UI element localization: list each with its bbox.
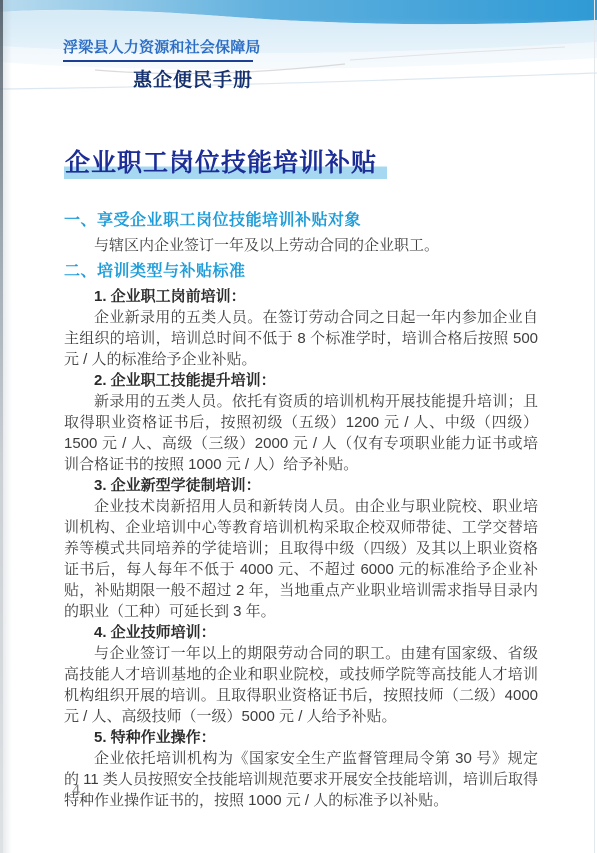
item-5-title: 5. 特种作业操作： — [64, 727, 538, 748]
page-left-edge-fade — [3, 0, 12, 853]
page-left-edge — [0, 0, 3, 853]
item-5-paragraph: 企业依托培训机构为《国家安全生产监督管理局令第 30 号》规定的 11 类人员按… — [64, 748, 538, 811]
page-title: 企业职工岗位技能培训补贴 — [64, 146, 538, 180]
item-1-title: 1. 企业职工岗前培训： — [64, 286, 538, 307]
section-2-heading: 二、培训类型与补贴标准 — [64, 261, 538, 283]
org-name: 浮梁县人力资源和社会保障局 — [63, 36, 253, 60]
item-1-paragraph: 企业新录用的五类人员。在签订劳动合同之日起一年内参加企业自主组织的培训，培训总时… — [64, 307, 538, 370]
item-4-paragraph: 与企业签订一年以上的期限劳动合同的职工。由建有国家级、省级高技能人才培训基地的企… — [64, 643, 538, 727]
section-1-paragraph: 与辖区内企业签订一年及以上劳动合同的企业职工。 — [64, 235, 538, 256]
item-3-title: 3. 企业新型学徒制培训： — [64, 475, 538, 496]
page-right-edge — [594, 0, 595, 853]
item-2-title: 2. 企业职工技能提升培训： — [64, 370, 538, 391]
item-4-title: 4. 企业技师培训： — [64, 622, 538, 643]
page-title-text: 企业职工岗位技能培训补贴 — [64, 149, 387, 179]
header: 浮梁县人力资源和社会保障局 惠企便民手册 — [63, 36, 253, 92]
document-body: 企业职工岗位技能培训补贴 一、享受企业职工岗位技能培训补贴对象 与辖区内企业签订… — [64, 146, 538, 811]
item-3-paragraph: 企业技术岗新招用人员和新转岗人员。由企业与职业院校、职业培训机构、企业培训中心等… — [64, 496, 538, 622]
item-2-paragraph: 新录用的五类人员。依托有资质的培训机构开展技能提升培训；且取得职业资格证书后，按… — [64, 391, 538, 475]
header-rule — [63, 60, 253, 62]
page-number: 4 — [72, 782, 80, 800]
handbook-title: 惠企便民手册 — [63, 65, 253, 92]
section-1-heading: 一、享受企业职工岗位技能培训补贴对象 — [64, 210, 538, 232]
